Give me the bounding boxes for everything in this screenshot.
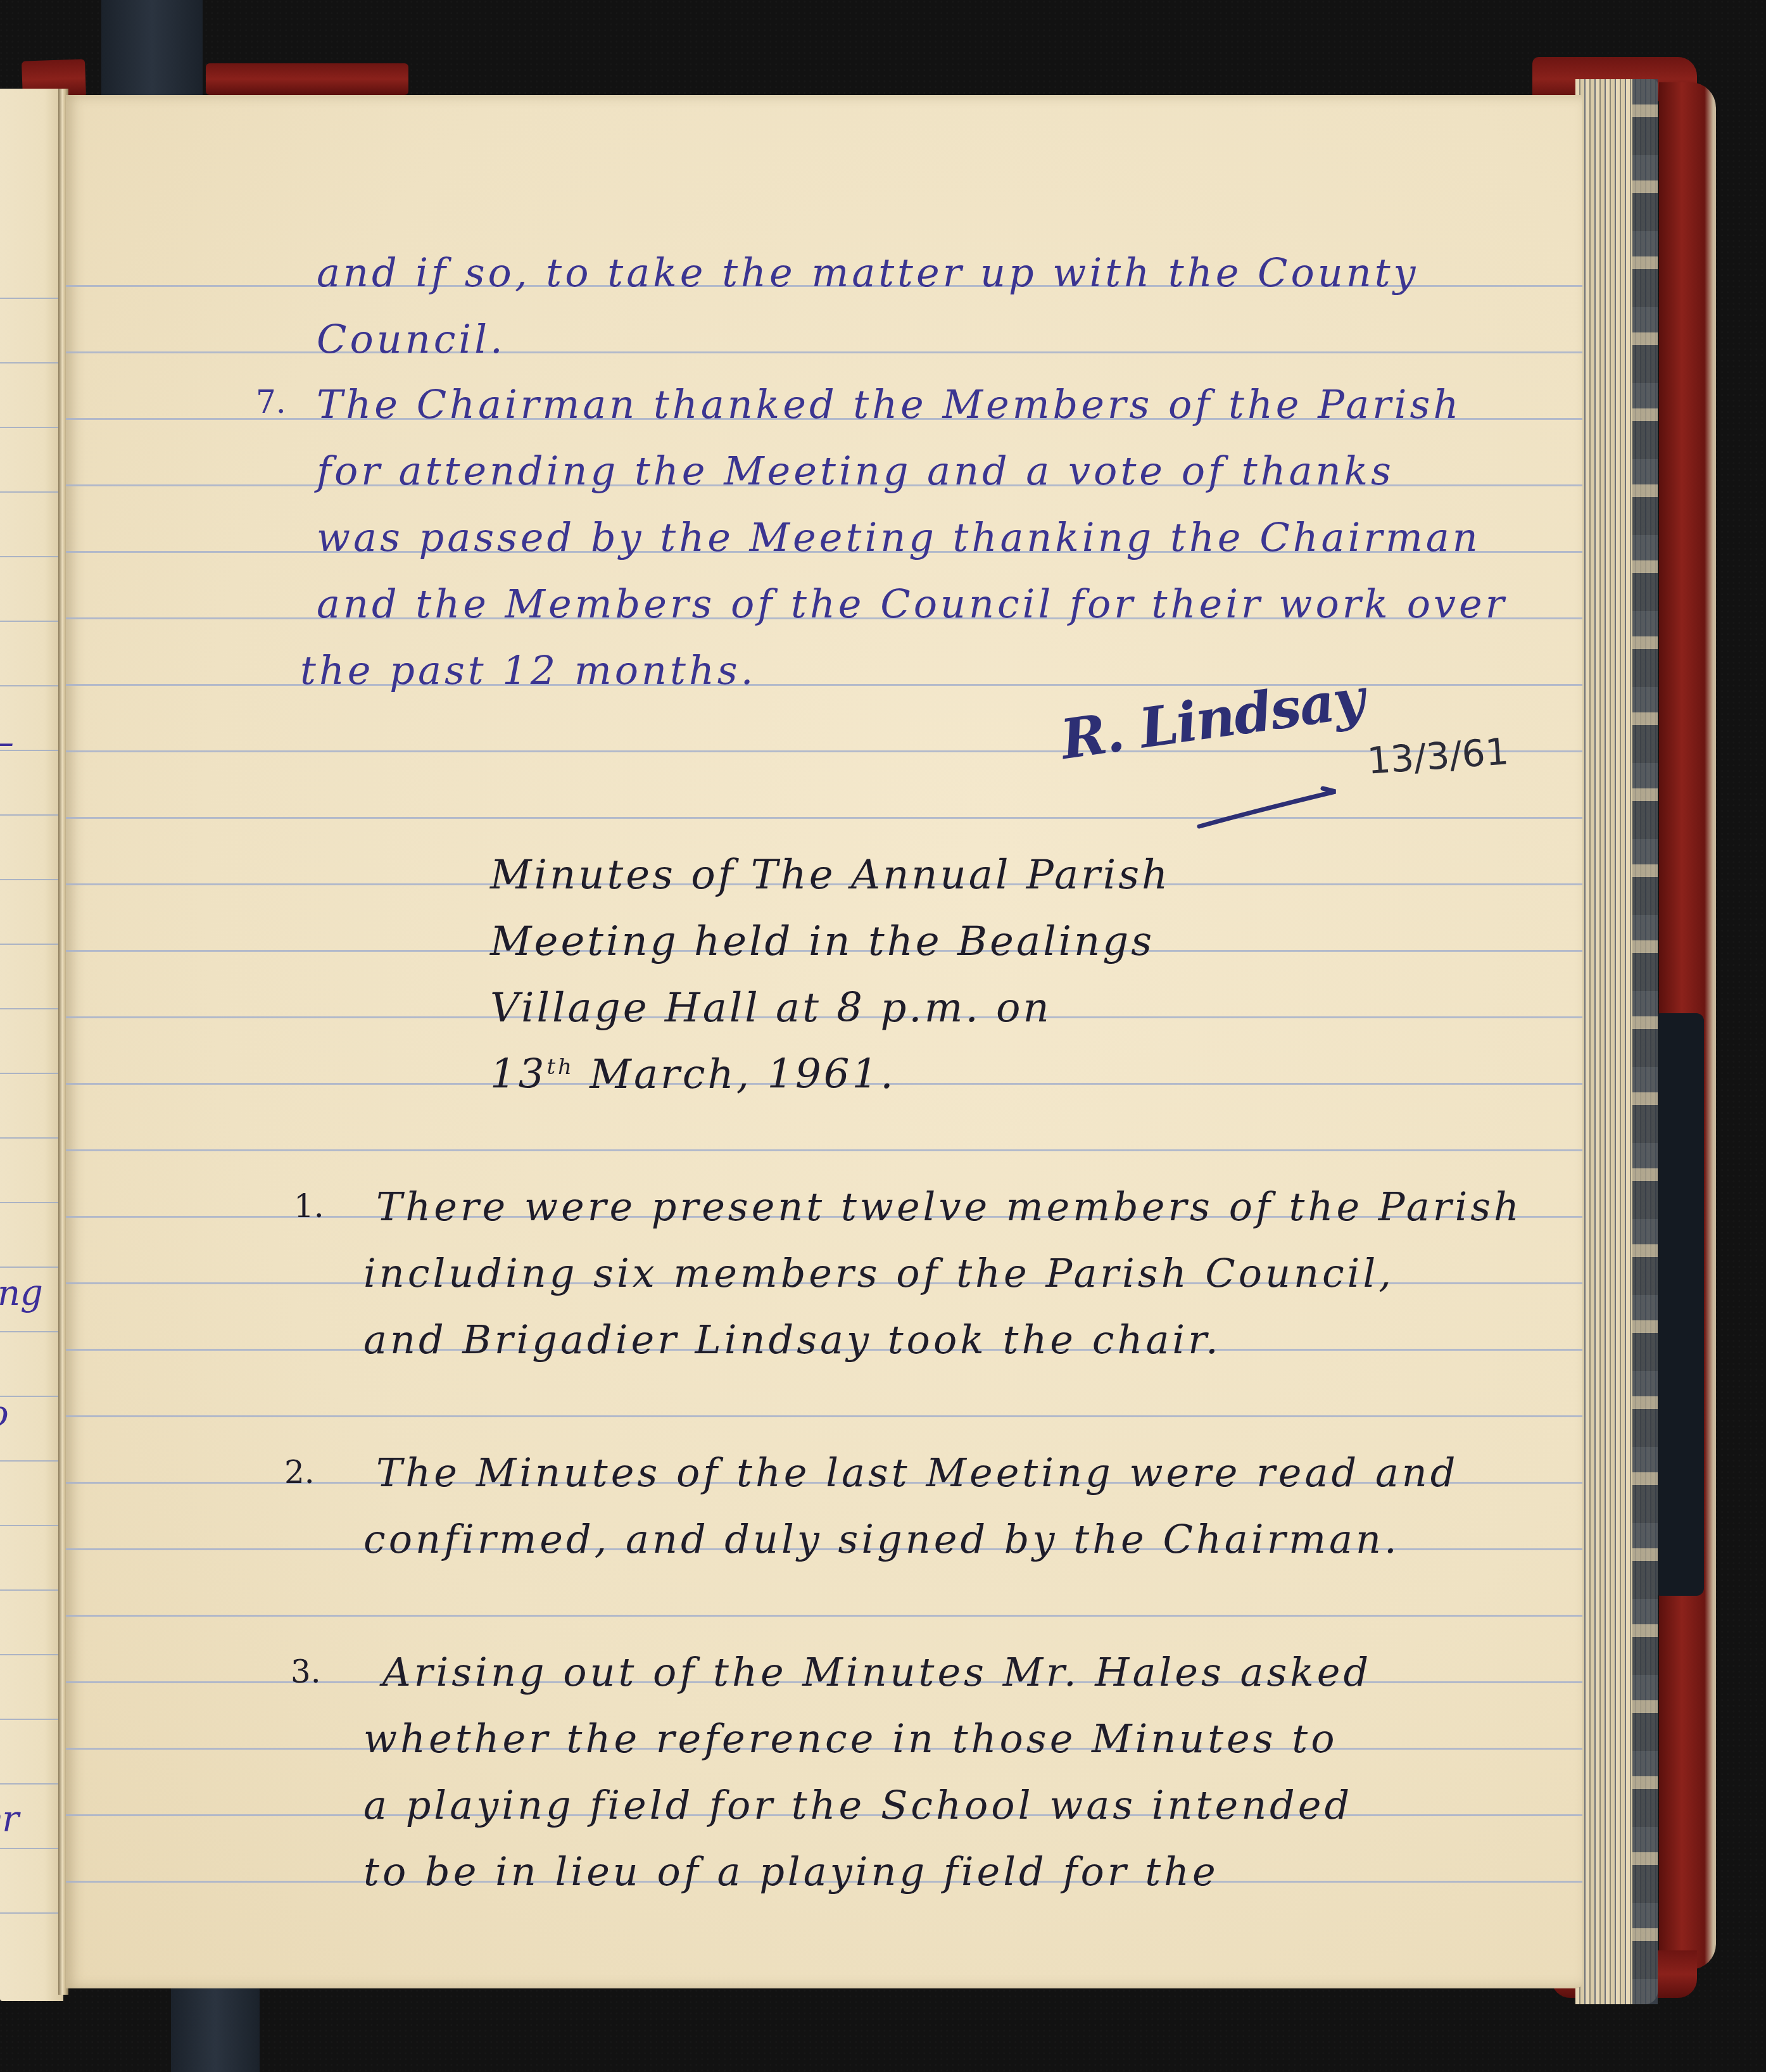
minute-book-page: and if so, to take the matter up with th… xyxy=(66,95,1582,1988)
cover-edge xyxy=(206,63,408,95)
ruled-line xyxy=(66,1415,1582,1417)
handwritten-line: and if so, to take the matter up with th… xyxy=(317,253,1419,293)
left-page-fragment: o xyxy=(0,1393,9,1434)
item-number: 1. xyxy=(294,1191,324,1222)
ruled-line xyxy=(66,750,1582,752)
handwritten-line: the past 12 months. xyxy=(300,651,756,690)
handwritten-line: and Brigadier Lindsay took the chair. xyxy=(363,1320,1221,1360)
handwritten-line: Council. xyxy=(317,320,506,359)
handwritten-line: The Chairman thanked the Members of the … xyxy=(317,385,1461,424)
heading-line: Minutes of The Annual Parish xyxy=(490,855,1170,895)
heading-date-day: 13 xyxy=(490,1051,546,1098)
binding-strap-bottom xyxy=(171,1982,260,2072)
left-page: – ng o er xyxy=(0,89,63,2001)
ruled-line xyxy=(66,817,1582,819)
item-number: 3. xyxy=(291,1656,321,1688)
page-edges-stack xyxy=(1575,79,1658,2004)
chairman-signature: R. Lindsay xyxy=(1057,666,1368,772)
heading-date-suffix: th xyxy=(546,1054,574,1080)
cloth-binding xyxy=(1653,1013,1704,1596)
handwritten-line: to be in lieu of a playing field for the xyxy=(363,1852,1219,1892)
binding-strap-top xyxy=(101,0,203,95)
handwritten-line: including six members of the Parish Coun… xyxy=(363,1254,1394,1293)
heading-line: Village Hall at 8 p.m. on xyxy=(490,988,1052,1028)
left-page-fragment: ng xyxy=(0,1273,43,1314)
ruled-line xyxy=(66,1149,1582,1151)
signature-flourish-icon xyxy=(1193,782,1345,833)
left-page-fragment: – xyxy=(0,722,14,763)
handwritten-line: The Minutes of the last Meeting were rea… xyxy=(376,1453,1458,1493)
left-page-fragment: er xyxy=(0,1798,19,1840)
handwritten-line: whether the reference in those Minutes t… xyxy=(363,1719,1338,1759)
handwritten-line: a playing field for the School was inten… xyxy=(363,1786,1353,1825)
handwritten-line: for attending the Meeting and a vote of … xyxy=(317,452,1394,491)
signature-date: 13/3/61 xyxy=(1366,730,1510,782)
ruled-line xyxy=(66,1615,1582,1617)
item-number: 2. xyxy=(284,1456,315,1488)
item-number: 7. xyxy=(256,386,286,418)
handwritten-line: There were present twelve members of the… xyxy=(376,1187,1522,1227)
handwritten-line: Arising out of the Minutes Mr. Hales ask… xyxy=(382,1653,1372,1692)
handwritten-line: was passed by the Meeting thanking the C… xyxy=(317,518,1481,557)
heading-date-line: 13th March, 1961. xyxy=(490,1054,896,1095)
handwritten-line: confirmed, and duly signed by the Chairm… xyxy=(363,1520,1400,1559)
heading-line: Meeting held in the Bealings xyxy=(490,921,1154,962)
handwritten-line: and the Members of the Council for their… xyxy=(317,584,1507,624)
ruled-line xyxy=(66,351,1582,353)
heading-date-rest: March, 1961. xyxy=(574,1051,896,1098)
